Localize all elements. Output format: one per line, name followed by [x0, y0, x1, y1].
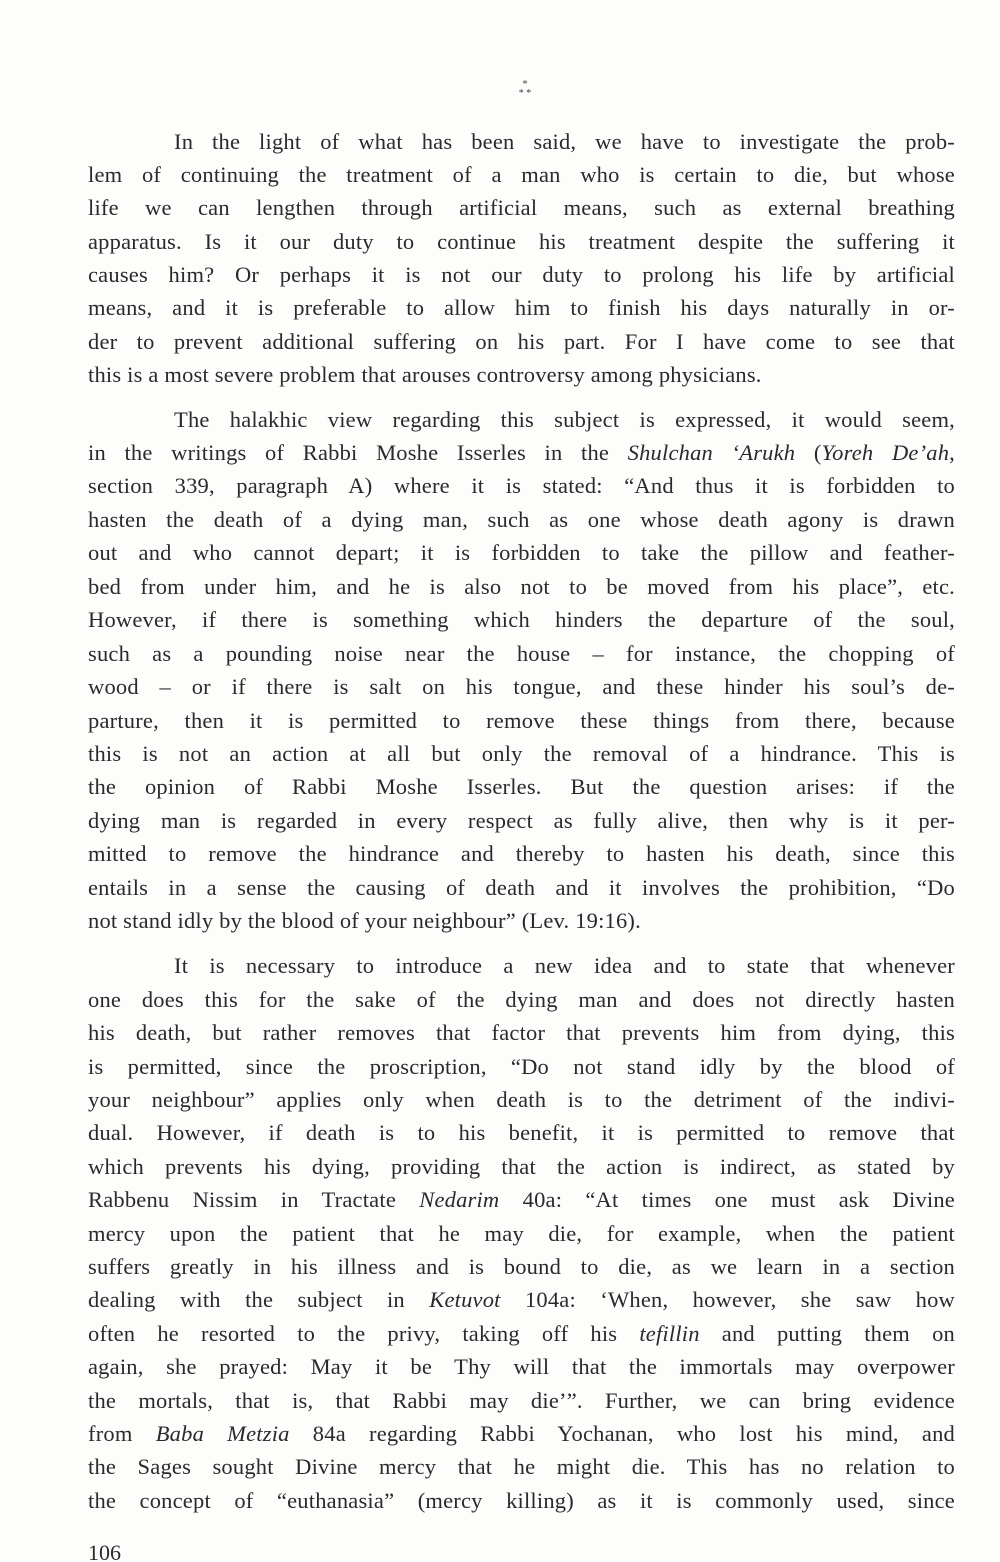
text-line-with-italics: dealing with the subject in Ketuvot 104a… — [88, 1286, 955, 1314]
text-line: which prevents his dying, providing that… — [88, 1153, 955, 1181]
text-line: parture, then it is permitted to remove … — [88, 707, 955, 735]
text-line: again, she prayed: May it be Thy will th… — [88, 1353, 955, 1381]
text-line-with-italics: Rabbenu Nissim in Tractate Nedarim 40a: … — [88, 1186, 955, 1214]
text-line: the Sages sought Divine mercy that he mi… — [88, 1453, 955, 1481]
italic-title: Shulchan ‘Arukh — [628, 440, 796, 465]
text-line: not stand idly by the blood of your neig… — [88, 907, 955, 935]
text-line: section 339, paragraph A) where it is st… — [88, 472, 955, 500]
text-line: such as a pounding noise near the house … — [88, 640, 955, 668]
asterism-bottom: * * — [510, 89, 540, 98]
text-line: this is not an action at all but only th… — [88, 740, 955, 768]
section-break-asterism: * * * — [510, 80, 540, 106]
text-line: apparatus. Is it our duty to continue hi… — [88, 228, 955, 256]
text-line: the mortals, that is, that Rabbi may die… — [88, 1387, 955, 1415]
text-line: dual. However, if death is to his benefi… — [88, 1119, 955, 1147]
italic-title: Nedarim — [419, 1187, 499, 1212]
text-line: lem of continuing the treatment of a man… — [88, 161, 955, 189]
text-line: causes him? Or perhaps it is not our dut… — [88, 261, 955, 289]
text-line: entails in a sense the causing of death … — [88, 874, 955, 902]
text-line-with-italics: from Baba Metzia 84a regarding Rabbi Yoc… — [88, 1420, 955, 1448]
text-line: hasten the death of a dying man, such as… — [88, 506, 955, 534]
text-line: one does this for the sake of the dying … — [88, 986, 955, 1014]
text-line-with-italics: in the writings of Rabbi Moshe Isserles … — [88, 439, 955, 467]
text-line: out and who cannot depart; it is forbidd… — [88, 539, 955, 567]
text-line-with-italics: often he resorted to the privy, taking o… — [88, 1320, 955, 1348]
italic-term: tefillin — [639, 1321, 699, 1346]
text-line: this is a most severe problem that arous… — [88, 361, 955, 389]
text-line: mitted to remove the hindrance and there… — [88, 840, 955, 868]
text-line: der to prevent additional suffering on h… — [88, 328, 955, 356]
text-line: the concept of “euthanasia” (mercy killi… — [88, 1487, 955, 1515]
italic-title: Baba Metzia — [156, 1421, 290, 1446]
text-line: is permitted, since the proscription, “D… — [88, 1053, 955, 1081]
text-line: life we can lengthen through artificial … — [88, 194, 955, 222]
text-line: the opinion of Rabbi Moshe Isserles. But… — [88, 773, 955, 801]
text-line: wood – or if there is salt on his tongue… — [88, 673, 955, 701]
text-line: bed from under him, and he is also not t… — [88, 573, 955, 601]
text-line: It is necessary to introduce a new idea … — [88, 952, 955, 980]
text-line: The halakhic view regarding this subject… — [88, 406, 955, 434]
page-number: 106 — [88, 1540, 121, 1562]
text-line: means, and it is preferable to allow him… — [88, 294, 955, 322]
text-line: suffers greatly in his illness and is bo… — [88, 1253, 955, 1281]
italic-title: Yoreh De’ah — [822, 440, 950, 465]
text-line: mercy upon the patient that he may die, … — [88, 1220, 955, 1248]
text-line: In the light of what has been said, we h… — [88, 128, 955, 156]
text-line: dying man is regarded in every respect a… — [88, 807, 955, 835]
text-line: your neighbour” applies only when death … — [88, 1086, 955, 1114]
italic-title: Ketuvot — [429, 1287, 500, 1312]
text-line: his death, but rather removes that facto… — [88, 1019, 955, 1047]
text-line: However, if there is something which hin… — [88, 606, 955, 634]
